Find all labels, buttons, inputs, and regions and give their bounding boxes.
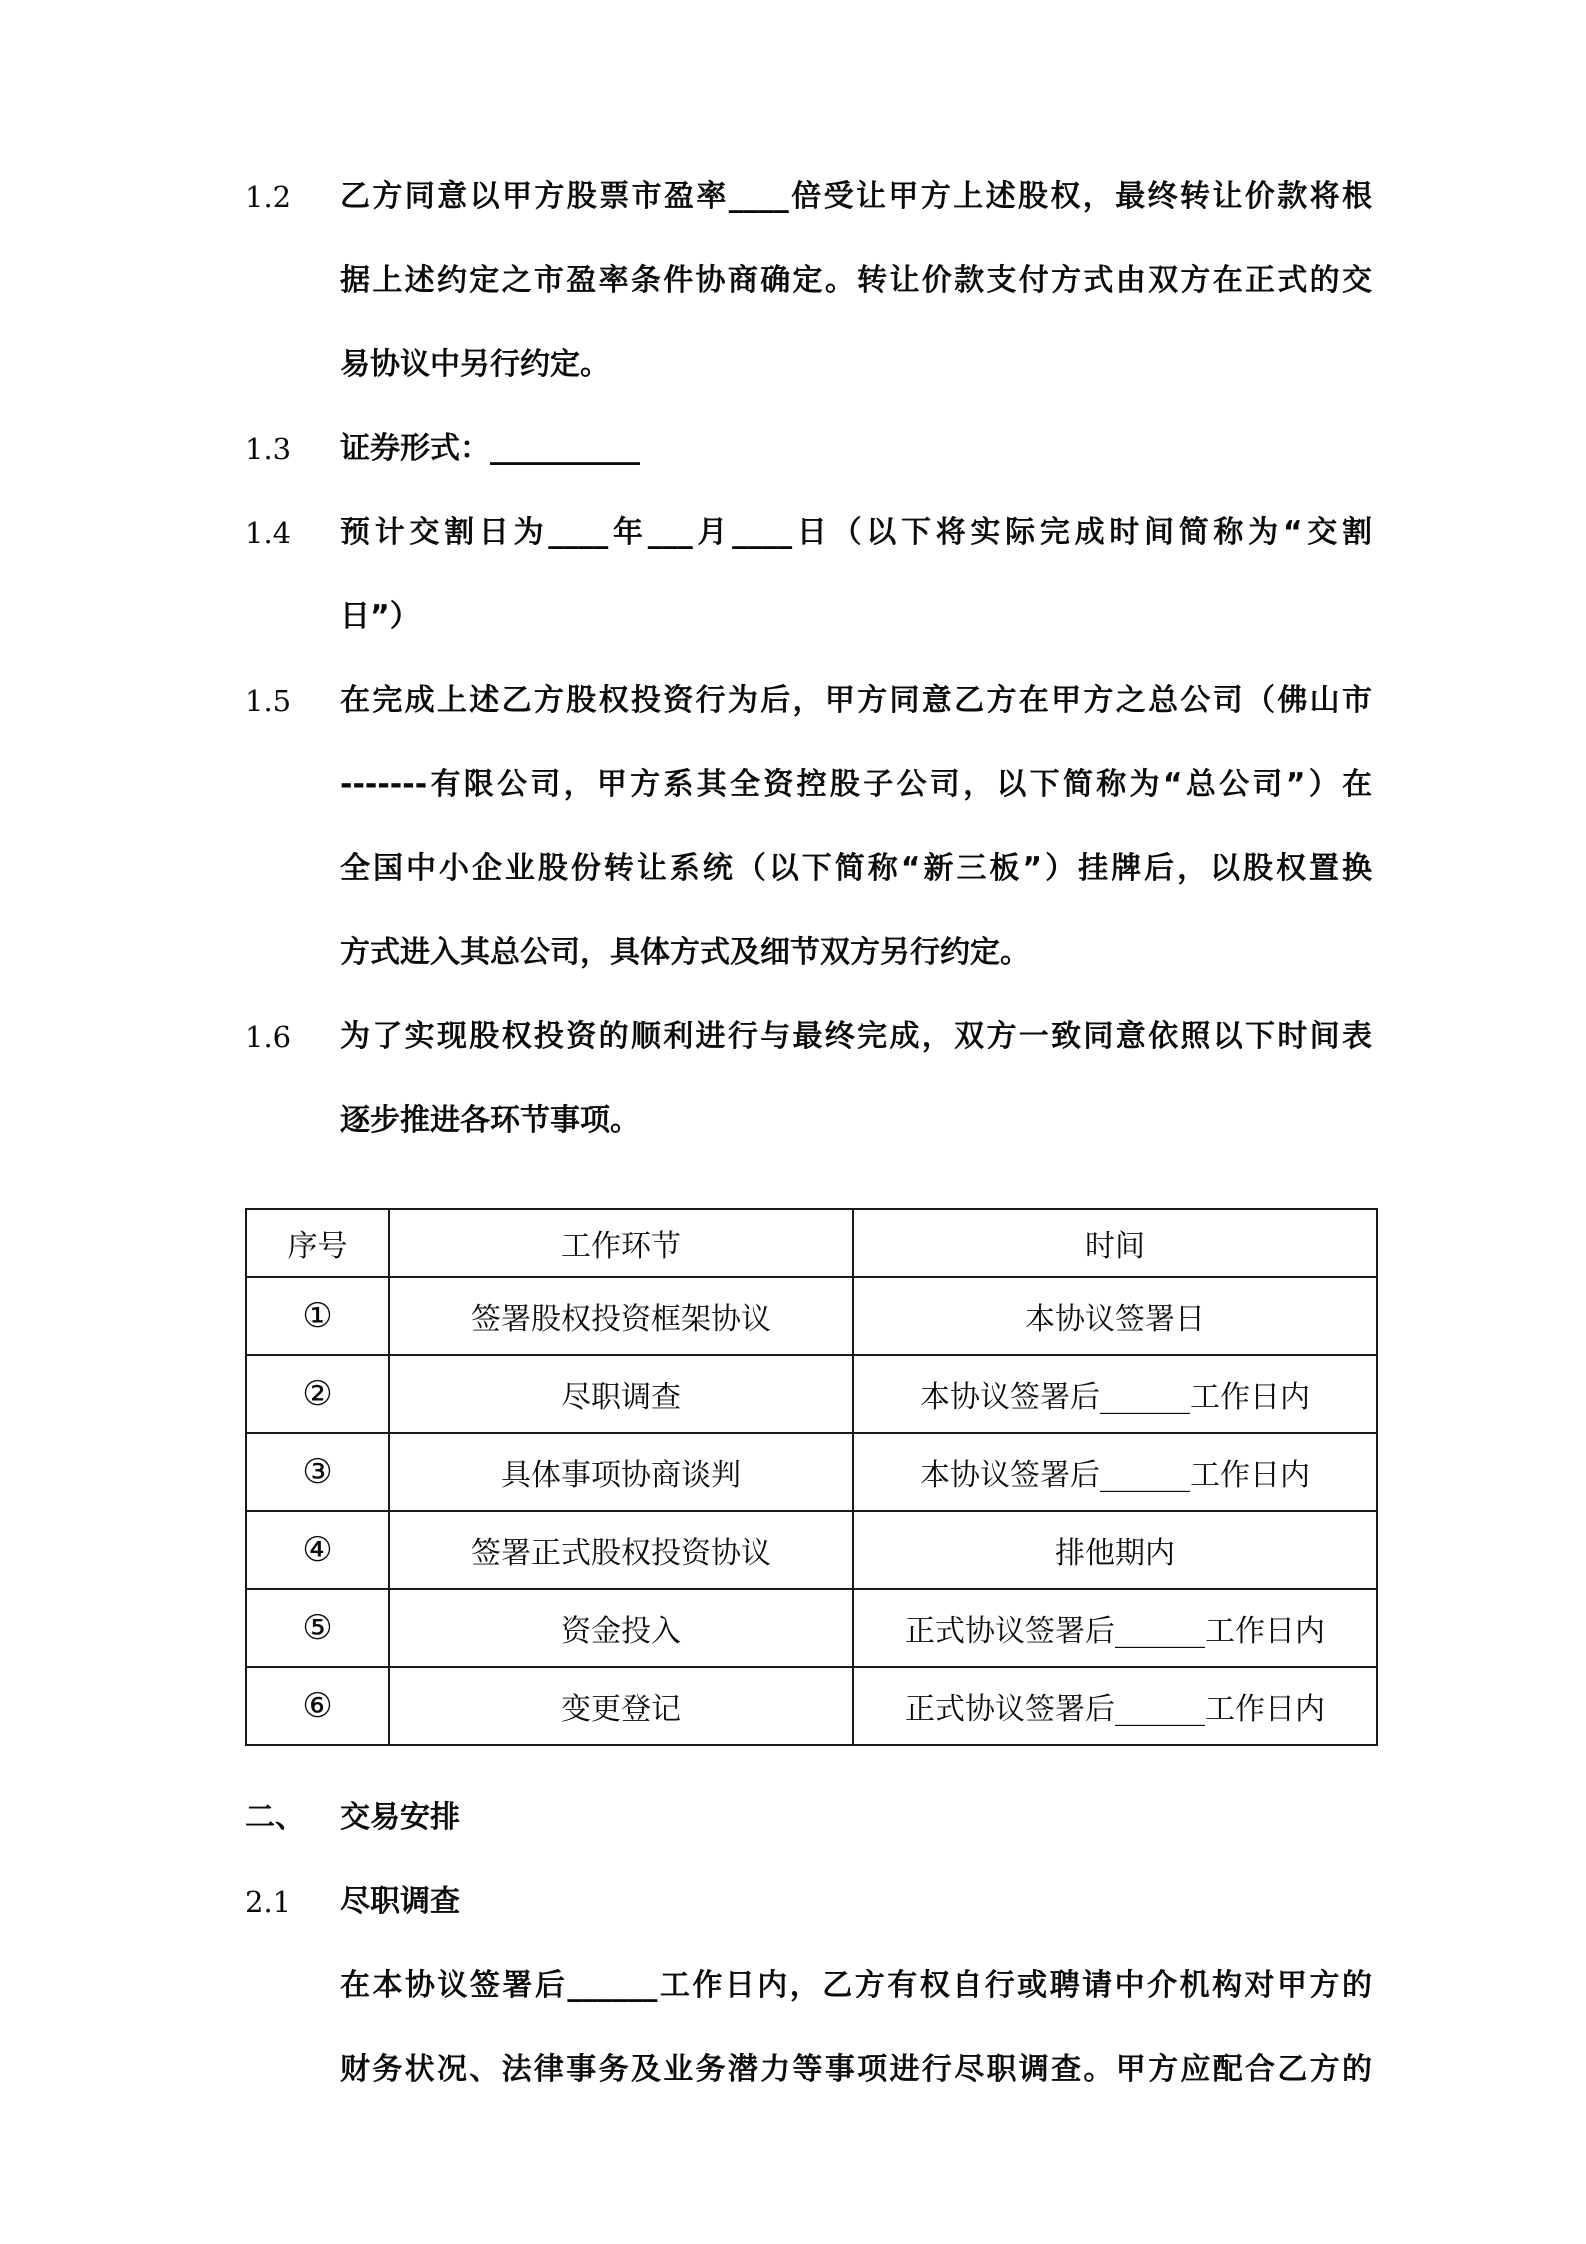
clause-1-6-line-1: 为了实现股权投资的顺利进行与最终完成，双方一致同意依照以下时间表	[340, 995, 1372, 1079]
clause-1-5-line-3: 全国中小企业股份转让系统（以下简称“新三板”）挂牌后，以股权置换	[340, 827, 1372, 911]
clause-2-1: 2.1 尽职调查 在本协议签署后______工作日内，乙方有权自行或聘请中介机构…	[245, 1860, 1372, 2112]
contract-document-page: 1.2 乙方同意以甲方股票市盈率____倍受让甲方上述股权，最终转让价款将根 据…	[0, 0, 1586, 2244]
clause-2-1-line-2: 财务状况、法律事务及业务潜力等事项进行尽职调查。甲方应配合乙方的	[340, 2028, 1372, 2112]
seq-cell: ④	[246, 1511, 389, 1589]
clause-1-6: 1.6 为了实现股权投资的顺利进行与最终完成，双方一致同意依照以下时间表 逐步推…	[245, 995, 1372, 1163]
clause-1-3-number: 1.3	[245, 407, 340, 491]
task-cell: 签署正式股权投资协议	[389, 1511, 853, 1589]
time-cell: 正式协议签署后______工作日内	[853, 1589, 1377, 1667]
clause-1-6-line-2: 逐步推进各环节事项。	[340, 1079, 1372, 1163]
time-cell: 排他期内	[853, 1511, 1377, 1589]
clause-1-2-line-3: 易协议中另行约定。	[340, 323, 1372, 407]
seq-cell: ①	[246, 1277, 389, 1355]
header-cell-task: 工作环节	[389, 1209, 853, 1277]
task-cell: 变更登记	[389, 1667, 853, 1745]
seq-cell: ②	[246, 1355, 389, 1433]
table-row: ① 签署股权投资框架协议 本协议签署日	[246, 1277, 1377, 1355]
clause-2-1-line-1: 在本协议签署后______工作日内，乙方有权自行或聘请中介机构对甲方的	[340, 1944, 1372, 2028]
clause-1-2-number: 1.2	[245, 155, 340, 239]
table-row: ③ 具体事项协商谈判 本协议签署后______工作日内	[246, 1433, 1377, 1511]
header-cell-time: 时间	[853, 1209, 1377, 1277]
task-cell: 签署股权投资框架协议	[389, 1277, 853, 1355]
task-cell: 具体事项协商谈判	[389, 1433, 853, 1511]
clause-1-4: 1.4 预计交割日为____年___月____日（以下将实际完成时间简称为“交割…	[245, 491, 1372, 659]
clause-1-5-number: 1.5	[245, 659, 340, 743]
time-cell: 本协议签署后______工作日内	[853, 1355, 1377, 1433]
clause-1-5-line-4: 方式进入其总公司，具体方式及细节双方另行约定。	[340, 911, 1372, 995]
table-header-row: 序号 工作环节 时间	[246, 1209, 1377, 1277]
clause-1-5-line-2: -------有限公司，甲方系其全资控股子公司，以下简称为“总公司”）在	[340, 743, 1372, 827]
clause-1-4-line-1: 预计交割日为____年___月____日（以下将实际完成时间简称为“交割	[340, 491, 1372, 575]
clause-1-2-line-1: 乙方同意以甲方股票市盈率____倍受让甲方上述股权，最终转让价款将根	[340, 155, 1372, 239]
clause-1-5: 1.5 在完成上述乙方股权投资行为后，甲方同意乙方在甲方之总公司（佛山市 ---…	[245, 659, 1372, 995]
task-cell: 尽职调查	[389, 1355, 853, 1433]
clause-1-6-body: 为了实现股权投资的顺利进行与最终完成，双方一致同意依照以下时间表 逐步推进各环节…	[340, 995, 1372, 1163]
clause-1-2-line-2: 据上述约定之市盈率条件协商确定。转让价款支付方式由双方在正式的交	[340, 239, 1372, 323]
clause-1-3-line-1: 证券形式：__________	[340, 407, 1372, 491]
section-2-number: 二、	[245, 1776, 340, 1860]
clause-1-3: 1.3 证券形式：__________	[245, 407, 1372, 491]
header-cell-seq: 序号	[246, 1209, 389, 1277]
timeline-table: 序号 工作环节 时间 ① 签署股权投资框架协议 本协议签署日 ② 尽职调查 本协…	[245, 1208, 1378, 1746]
seq-cell: ⑤	[246, 1589, 389, 1667]
clause-1-4-body: 预计交割日为____年___月____日（以下将实际完成时间简称为“交割 日”）	[340, 491, 1372, 659]
clause-1-6-number: 1.6	[245, 995, 340, 1079]
clause-1-5-line-1: 在完成上述乙方股权投资行为后，甲方同意乙方在甲方之总公司（佛山市	[340, 659, 1372, 743]
table-row: ② 尽职调查 本协议签署后______工作日内	[246, 1355, 1377, 1433]
clause-1-2-body: 乙方同意以甲方股票市盈率____倍受让甲方上述股权，最终转让价款将根 据上述约定…	[340, 155, 1372, 407]
time-cell: 正式协议签署后______工作日内	[853, 1667, 1377, 1745]
clause-2-1-number: 2.1	[245, 1860, 340, 1944]
section-2-heading: 二、 交易安排	[245, 1776, 1372, 1860]
section-2-heading-body: 交易安排	[340, 1776, 1372, 1860]
table-row: ④ 签署正式股权投资协议 排他期内	[246, 1511, 1377, 1589]
time-cell: 本协议签署日	[853, 1277, 1377, 1355]
time-cell: 本协议签署后______工作日内	[853, 1433, 1377, 1511]
clause-1-3-body: 证券形式：__________	[340, 407, 1372, 491]
seq-cell: ③	[246, 1433, 389, 1511]
clause-1-5-body: 在完成上述乙方股权投资行为后，甲方同意乙方在甲方之总公司（佛山市 -------…	[340, 659, 1372, 995]
table-row: ⑥ 变更登记 正式协议签署后______工作日内	[246, 1667, 1377, 1745]
task-cell: 资金投入	[389, 1589, 853, 1667]
clause-1-4-number: 1.4	[245, 491, 340, 575]
clause-1-2: 1.2 乙方同意以甲方股票市盈率____倍受让甲方上述股权，最终转让价款将根 据…	[245, 155, 1372, 407]
seq-cell: ⑥	[246, 1667, 389, 1745]
clause-1-4-line-2: 日”）	[340, 575, 1372, 659]
table-row: ⑤ 资金投入 正式协议签署后______工作日内	[246, 1589, 1377, 1667]
clause-2-1-body: 尽职调查 在本协议签署后______工作日内，乙方有权自行或聘请中介机构对甲方的…	[340, 1860, 1372, 2112]
clause-2-1-title: 尽职调查	[340, 1860, 1372, 1944]
section-2-title: 交易安排	[340, 1776, 1372, 1860]
